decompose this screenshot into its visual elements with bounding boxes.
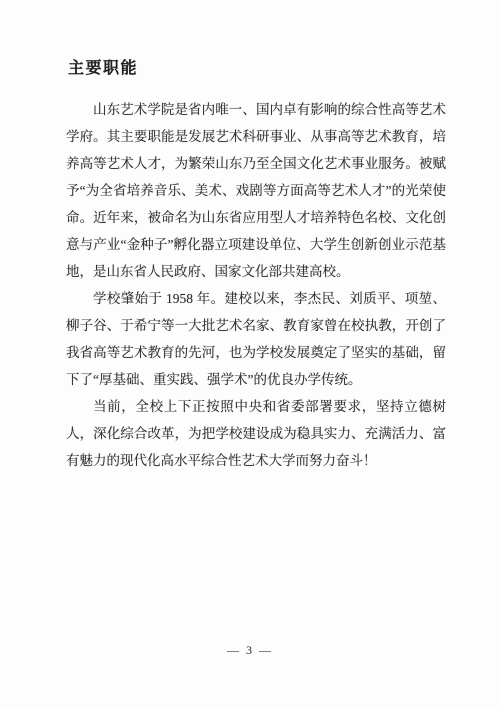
document-body: 山东艺术学院是省内唯一、国内卓有影响的综合性高等艺术学府。其主要职能是发展艺术科… [66,96,446,474]
page-number: — 3 — [0,643,500,658]
document-page: 主要职能 山东艺术学院是省内唯一、国内卓有影响的综合性高等艺术学府。其主要职能是… [0,0,500,708]
body-paragraph: 山东艺术学院是省内唯一、国内卓有影响的综合性高等艺术学府。其主要职能是发展艺术科… [66,96,446,285]
body-paragraph: 当前，全校上下正按照中央和省委部署要求，坚持立德树人，深化综合改革，为把学校建设… [66,393,446,474]
section-heading: 主要职能 [68,55,138,78]
body-paragraph: 学校肇始于 1958 年。建校以来，李杰民、刘质平、项堃、柳子谷、于希宁等一大批… [66,285,446,393]
